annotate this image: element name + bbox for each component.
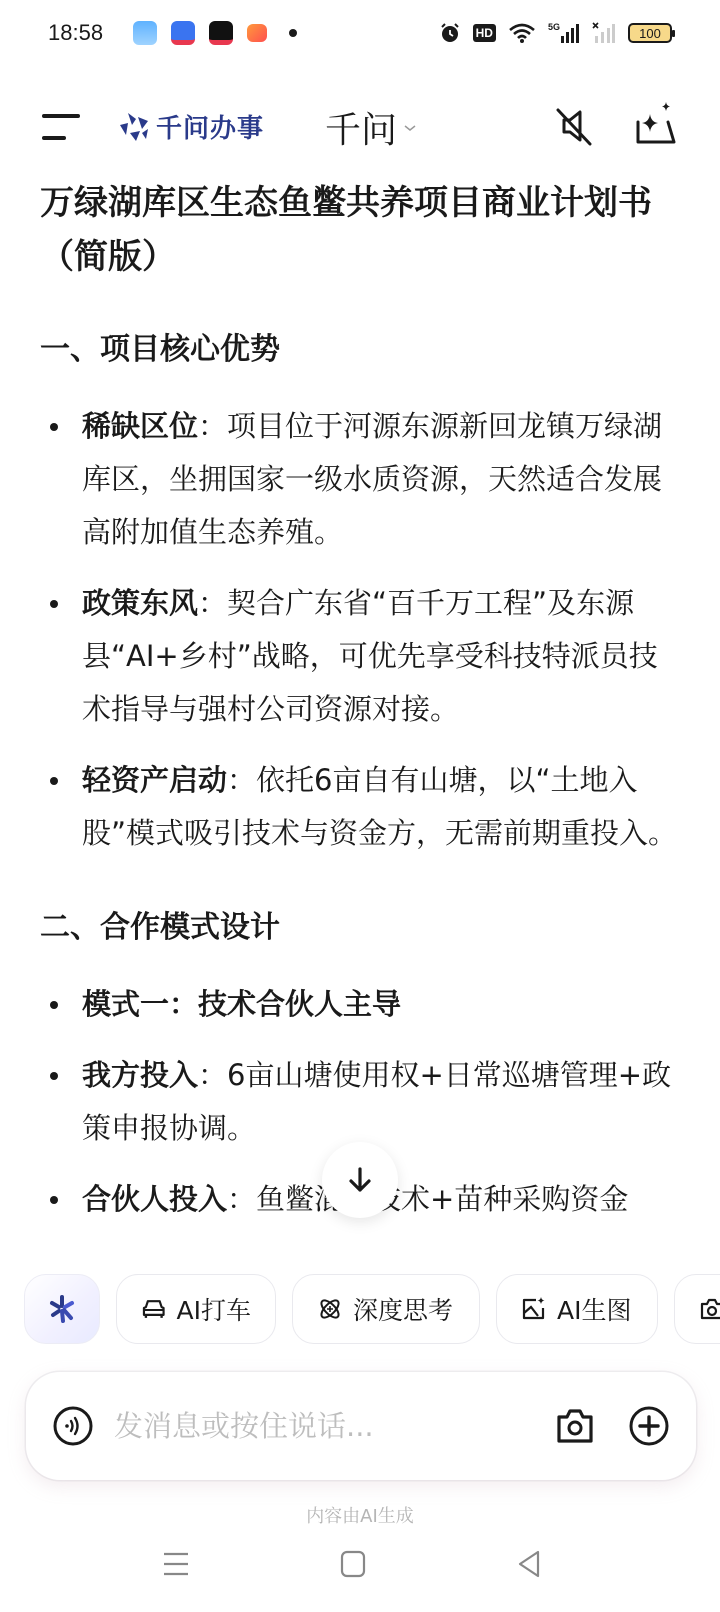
- chip-deep-think[interactable]: 深度思考: [292, 1274, 480, 1344]
- colon: ：: [198, 409, 227, 443]
- section-heading: 一、项目核心优势: [0, 330, 720, 370]
- bullet-label: 模式一：技术合伙人主导: [82, 987, 401, 1021]
- ai-generated-note: 内容由AI生成: [0, 1502, 720, 1528]
- chat-content[interactable]: 万绿湖库区生态鱼鳖共养项目商业计划书（简版） 一、项目核心优势 稀缺区位：项目位…: [0, 176, 720, 1246]
- bullet-label: 合伙人投入: [82, 1182, 227, 1216]
- camera-icon: [699, 1297, 720, 1321]
- content-fade: [0, 1238, 720, 1258]
- bullet-label: 轻资产启动: [82, 763, 227, 797]
- chevron-down-icon: [403, 123, 417, 133]
- new-chat-sparkle-icon: [632, 100, 680, 148]
- status-right: HD 5G 100: [439, 22, 672, 44]
- colon: ：: [227, 763, 256, 797]
- bullet-dot: [50, 1196, 58, 1204]
- message-input[interactable]: [114, 1409, 554, 1443]
- bullet-label: 稀缺区位: [82, 409, 198, 443]
- colon: ：: [198, 1058, 227, 1092]
- chip-ai-taxi[interactable]: AI打车: [116, 1274, 276, 1344]
- bullet-label: 我方投入: [82, 1058, 198, 1092]
- list-item: 模式一：技术合伙人主导: [0, 978, 720, 1031]
- bullet-dot: [50, 600, 58, 608]
- menu-icon-line-top: [42, 114, 80, 118]
- home-button[interactable]: [340, 1548, 366, 1584]
- bullet-text: 鱼鳖混养技术+苗种采购资金: [256, 1182, 628, 1216]
- mute-button[interactable]: [552, 104, 596, 148]
- notification-icons: [133, 21, 297, 45]
- chip-ai-image[interactable]: AI生图: [496, 1274, 658, 1344]
- more-notifications-dot: [289, 29, 297, 37]
- chip-label: 深度思考: [353, 1291, 453, 1327]
- image-sparkle-icon: [521, 1296, 547, 1322]
- wifi-icon: [508, 22, 536, 44]
- baidu-app-icon: [171, 21, 195, 45]
- menu-icon-line-bottom: [42, 136, 66, 140]
- bullet-dot: [50, 777, 58, 785]
- tiktok-app-icon: [209, 21, 233, 45]
- add-attachment-button[interactable]: [628, 1405, 670, 1447]
- status-time: 18:58: [48, 20, 103, 46]
- colon: ：: [227, 1182, 256, 1216]
- scroll-to-bottom-button[interactable]: [322, 1142, 398, 1218]
- bullet-dot: [50, 1001, 58, 1009]
- chip-camera[interactable]: [674, 1274, 720, 1344]
- alarm-icon: [439, 22, 461, 44]
- qianwen-star-icon: [47, 1294, 77, 1324]
- photo-app-icon: [247, 24, 267, 42]
- chip-home[interactable]: [24, 1274, 100, 1344]
- bullet-dot: [50, 1072, 58, 1080]
- home-square-icon: [340, 1548, 366, 1580]
- back-button[interactable]: [516, 1548, 542, 1584]
- no-signal-icon: [592, 22, 616, 44]
- status-bar: 18:58 HD 5G 100: [0, 0, 720, 66]
- menu-lines-icon: [162, 1548, 190, 1580]
- battery-indicator: 100: [628, 23, 672, 43]
- camera-icon: [554, 1405, 596, 1447]
- quick-action-chips: AI打车 深度思考 AI生图: [24, 1274, 720, 1344]
- arrow-down-icon: [345, 1165, 375, 1195]
- 5g-signal-icon: 5G: [548, 22, 580, 44]
- gallery-app-icon: [133, 21, 157, 45]
- message-input-bar: [26, 1372, 696, 1480]
- colon: ：: [198, 586, 227, 620]
- qianwen-logo-icon: [118, 111, 150, 143]
- model-selector[interactable]: 千问: [325, 102, 417, 153]
- app-header: 千问办事 千问: [0, 96, 720, 158]
- logo-text: 千问办事: [156, 108, 264, 145]
- bullet-label: 政策东风: [82, 586, 198, 620]
- car-icon: [141, 1297, 167, 1321]
- hd-icon: HD: [473, 22, 496, 44]
- document-title: 万绿湖库区生态鱼鳖共养项目商业计划书（简版）: [0, 176, 720, 284]
- voice-button[interactable]: [52, 1405, 94, 1447]
- recent-apps-button[interactable]: [162, 1548, 190, 1584]
- app-logo[interactable]: 千问办事: [118, 108, 264, 145]
- system-navigation-bar: [0, 1548, 720, 1608]
- new-chat-button[interactable]: [632, 100, 680, 148]
- plus-circle-icon: [628, 1405, 670, 1447]
- voice-wave-icon: [52, 1405, 94, 1447]
- speaker-muted-icon: [552, 104, 596, 148]
- menu-button[interactable]: [42, 112, 84, 142]
- bullet-dot: [50, 423, 58, 431]
- camera-button[interactable]: [554, 1405, 596, 1447]
- atom-icon: [317, 1296, 343, 1322]
- list-item: 稀缺区位：项目位于河源东源新回龙镇万绿湖库区，坐拥国家一级水质资源，天然适合发展…: [0, 400, 720, 559]
- back-triangle-icon: [516, 1548, 542, 1580]
- list-item: 轻资产启动：依托6亩自有山塘，以“土地入股”模式吸引技术与资金方，无需前期重投入…: [0, 754, 720, 860]
- list-item: 政策东风：契合广东省“百千万工程”及东源县“AI+乡村”战略，可优先享受科技特派…: [0, 577, 720, 736]
- chip-label: AI生图: [557, 1291, 631, 1327]
- chip-label: AI打车: [177, 1291, 251, 1327]
- bullet-list: 稀缺区位：项目位于河源东源新回龙镇万绿湖库区，坐拥国家一级水质资源，天然适合发展…: [0, 400, 720, 860]
- list-item: 我方投入：6亩山塘使用权+日常巡塘管理+政策申报协调。: [0, 1049, 720, 1155]
- section-heading: 二、合作模式设计: [0, 908, 720, 948]
- model-name: 千问: [325, 102, 397, 153]
